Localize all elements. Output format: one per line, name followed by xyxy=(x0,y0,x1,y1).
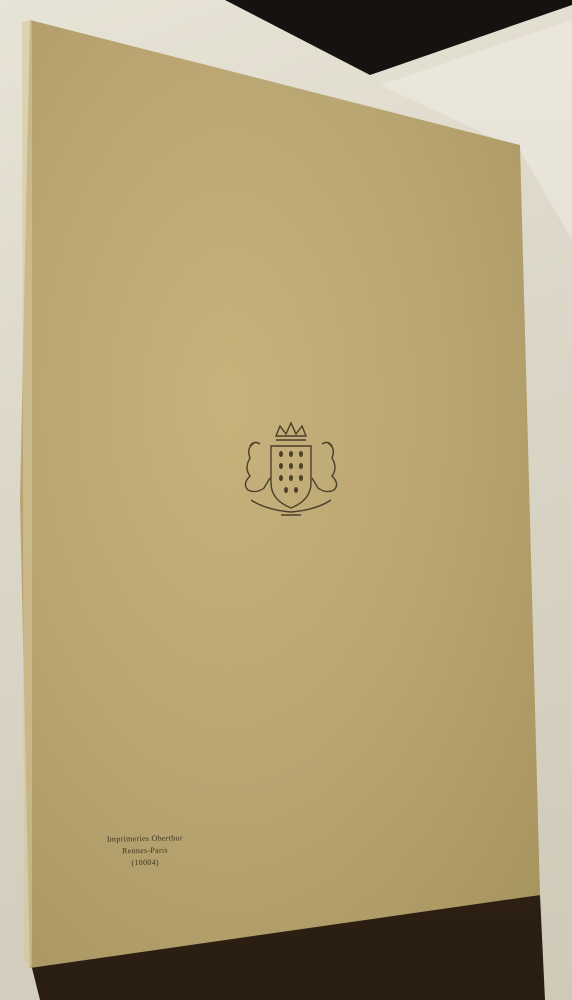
coat-of-arms-icon xyxy=(236,418,346,523)
printer-imprint: Imprimeries Oberthur Rennes-Paris (10004… xyxy=(70,832,221,871)
